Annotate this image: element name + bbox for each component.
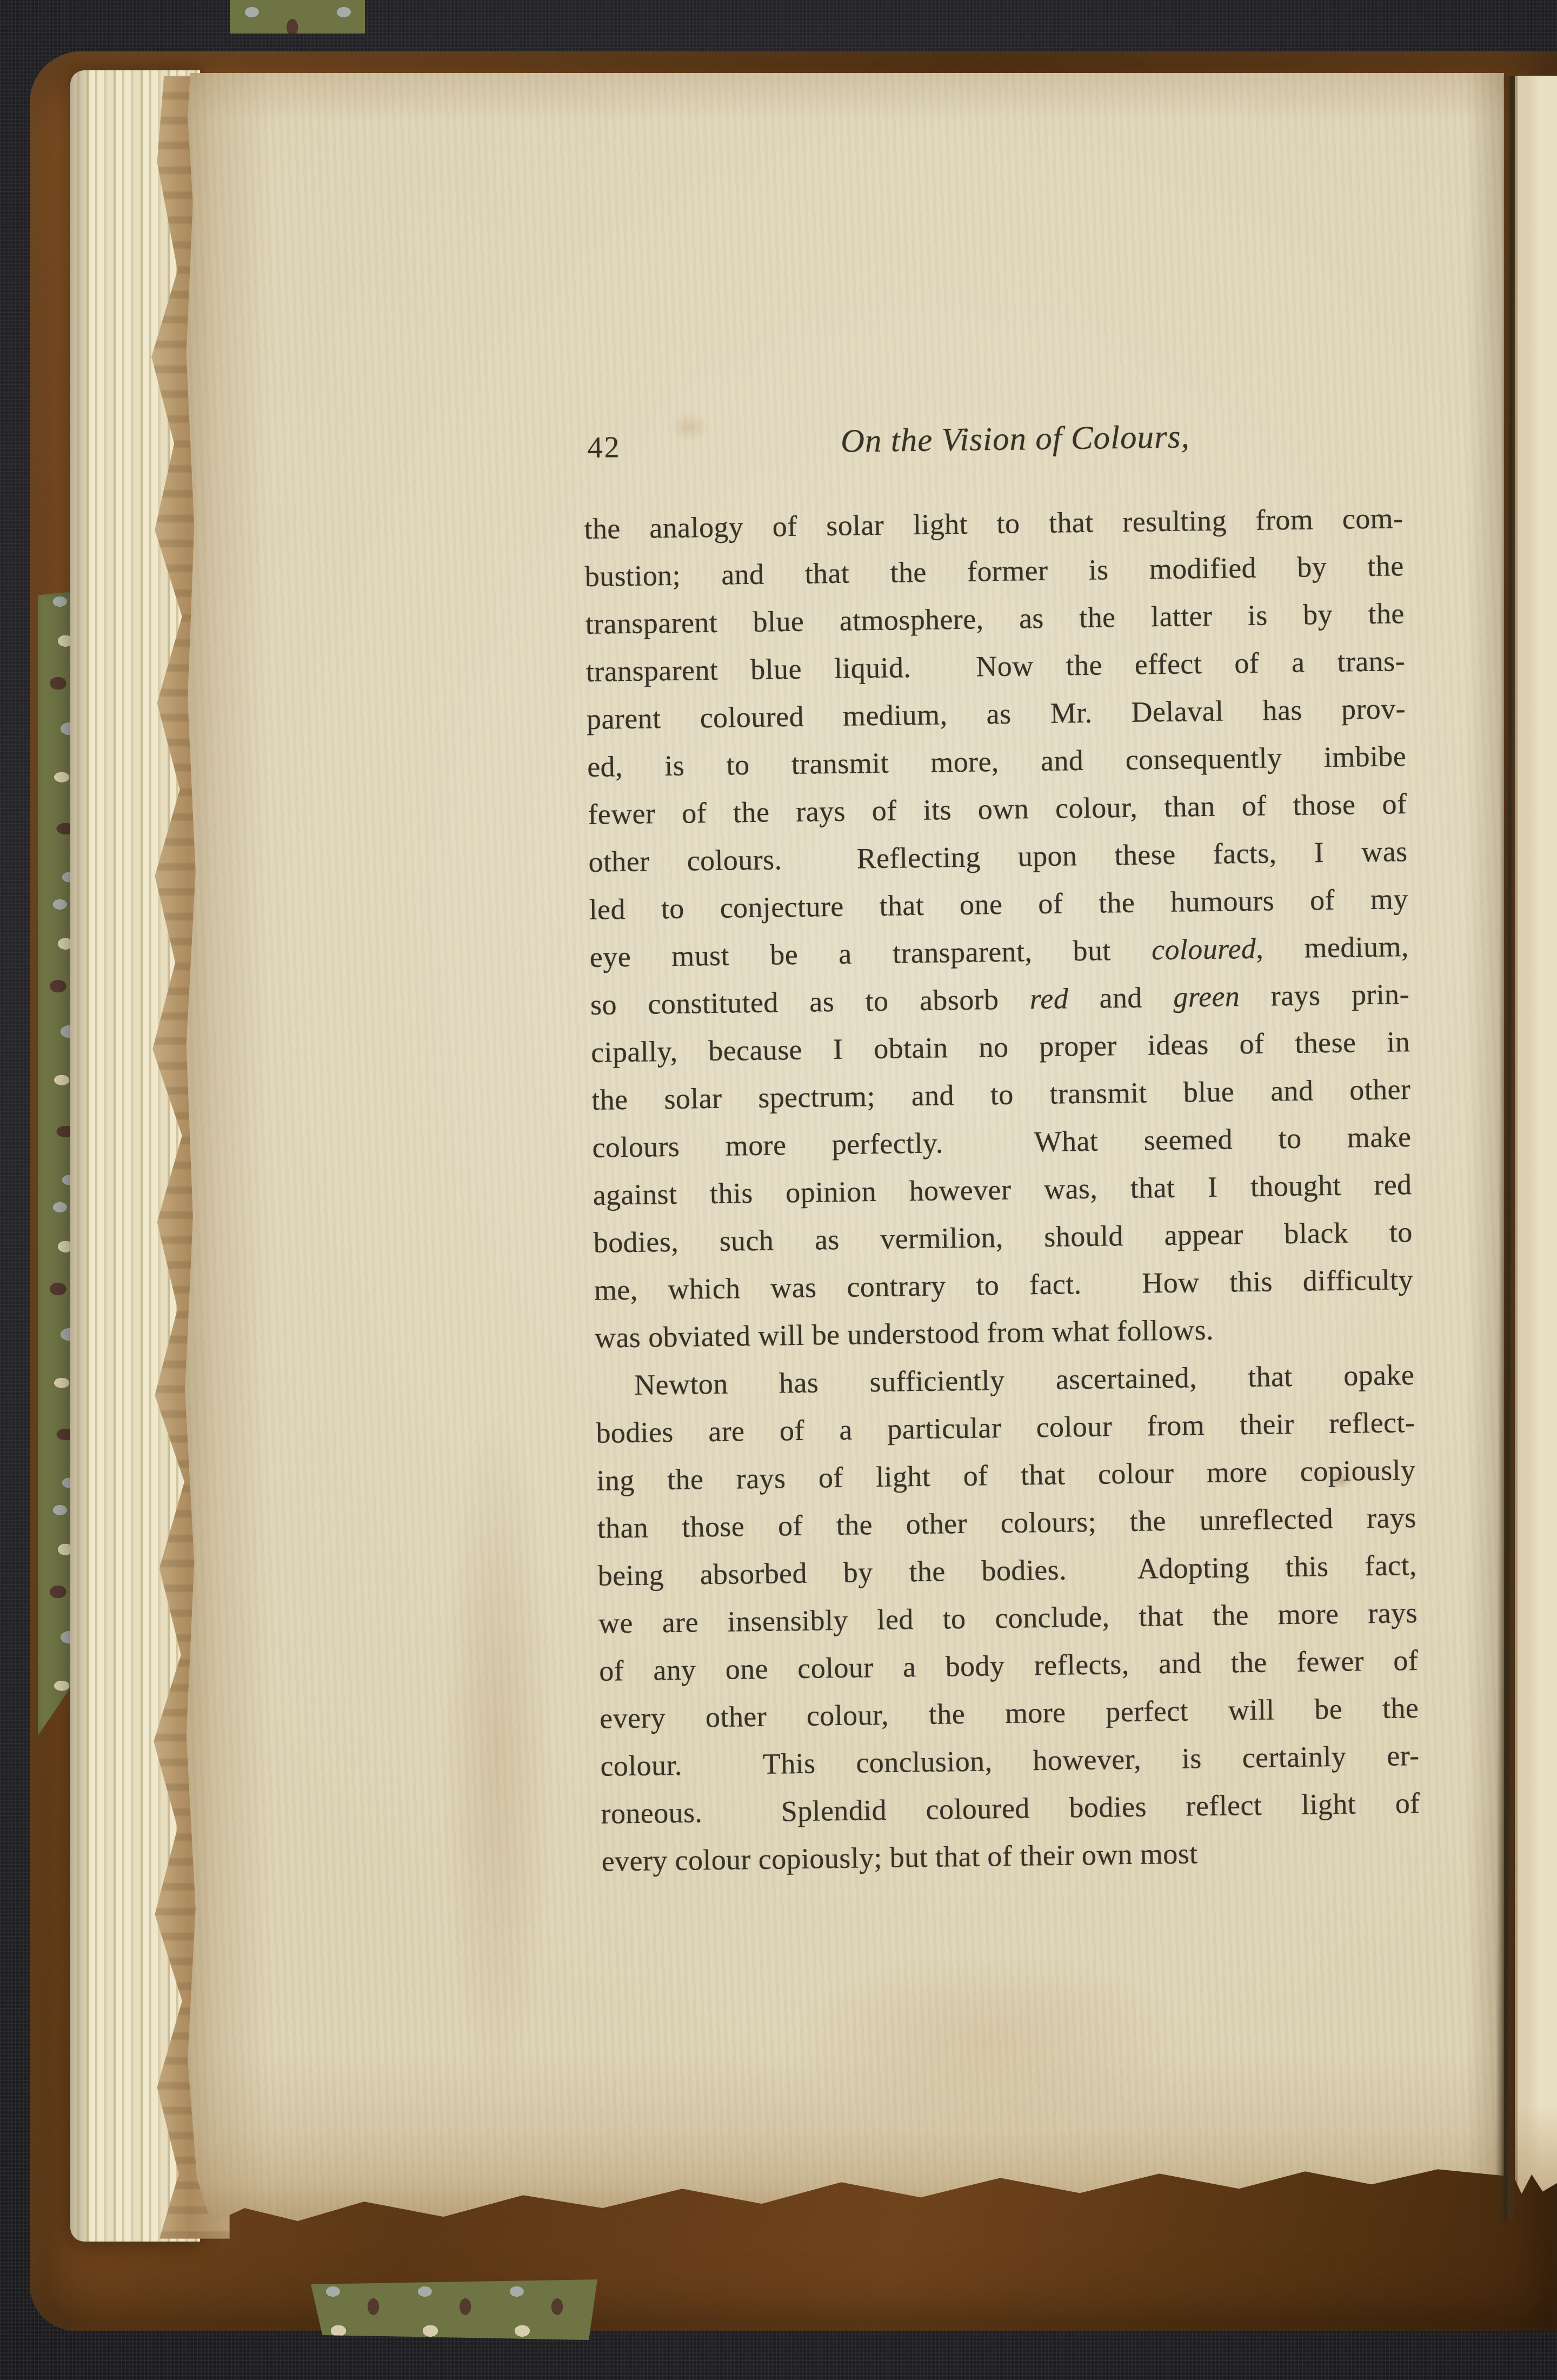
text-segment: every other colour, the more perfect wil… [600,1692,1419,1735]
text-segment: parent coloured medium, as Mr. Delaval h… [587,692,1406,735]
paper-stain [746,1928,1233,2155]
text-segment: being absorbed by the bodies. Adopting t… [597,1549,1417,1592]
text-segment: transparent blue atmosphere, as the latt… [585,597,1405,640]
text-segment: so constituted as to absorb [590,983,1030,1021]
italic-text-segment: red [1029,982,1068,1015]
printed-text: 42 On the Vision of Colours, the analogy… [583,414,1421,1885]
text-segment: bustion; and that the former is modified… [584,549,1404,593]
text-segment: every colour copiously; but that of thei… [601,1837,1197,1877]
text-segment: was obviated will be understood from wha… [595,1314,1214,1354]
text-segment: bodies, such as vermilion, should appear… [593,1216,1413,1259]
text-segment: colour. This conclusion, however, is cer… [600,1739,1420,1782]
text-segment: the analogy of solar light to that resul… [584,502,1403,545]
text-segment: of any one colour a body reflects, and t… [599,1644,1419,1687]
text-segment: the solar spectrum; and to transmit blue… [591,1073,1411,1116]
adjacent-page-edge [1515,76,1557,2213]
text-segment: eye must be a transparent, but [589,933,1152,973]
italic-text-segment: coloured [1152,932,1256,966]
text-segment: bodies are of a particular colour from t… [596,1406,1415,1449]
text-segment: me, which was contrary to fact. How this… [594,1263,1414,1307]
text-segment: rays prin- [1240,978,1409,1012]
page-header: 42 On the Vision of Colours, [583,414,1402,490]
text-segment: other colours. Reflecting upon these fac… [588,835,1408,878]
text-segment: than those of the other colours; the unr… [597,1501,1416,1544]
text-segment: and [1068,981,1174,1015]
paper-stain [427,1317,568,2182]
text-segment: Newton has sufficiently ascertained, tha… [634,1358,1415,1401]
text-segment: cipally, because I obtain no proper idea… [591,1025,1410,1069]
text-segment: led to conjecture that one of the humour… [589,883,1408,926]
text-segment: ed, is to transmit more, and consequentl… [587,740,1407,783]
body-text: the analogy of solar light to that resul… [584,494,1421,1885]
marbled-endpaper-top-sliver [230,0,365,34]
text-segment: ing the rays of light of that colour mor… [596,1454,1416,1497]
italic-text-segment: green [1173,980,1240,1013]
marbled-endpaper-bottom-patch [311,2279,597,2340]
book-photograph: 42 On the Vision of Colours, the analogy… [0,0,1557,2380]
text-segment: transparent blue liquid. Now the effect … [586,645,1406,688]
text-segment: colours more perfectly. What seemed to m… [592,1121,1412,1164]
text-segment: against this opinion however was, that I… [593,1168,1412,1211]
text-segment: fewer of the rays of its own colour, tha… [588,787,1407,831]
text-segment: , medium, [1256,930,1409,965]
text-segment: we are insensibly led to conclude, that … [598,1596,1418,1640]
text-segment: roneous. Splendid coloured bodies reflec… [601,1787,1420,1830]
